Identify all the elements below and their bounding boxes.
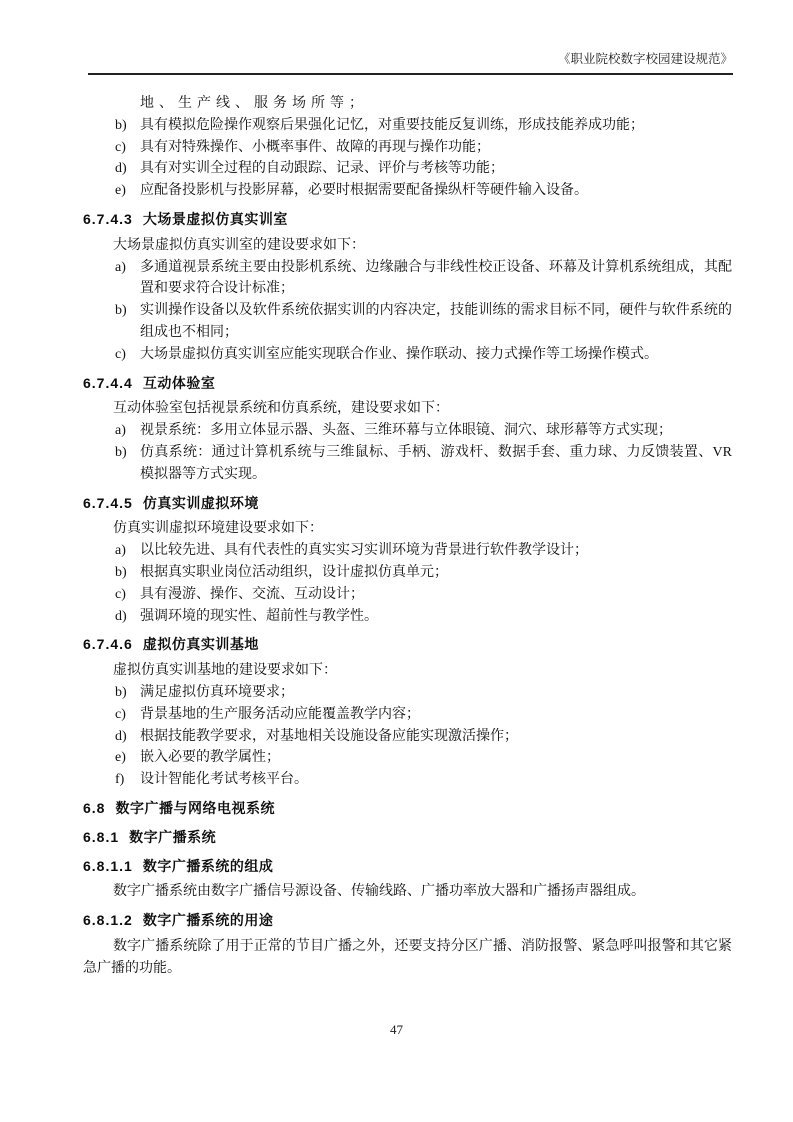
list-item: b) 满足虚拟仿真环境要求； xyxy=(83,682,732,704)
list-item-text: 嵌入必要的教学属性； xyxy=(140,747,732,769)
heading-number: 6.7.4.3 xyxy=(83,211,133,227)
list-item-text: 多通道视景系统主要由投影机系统、边缘融合与非线性校正设备、环幕及计算机系统组成，… xyxy=(140,257,732,301)
heading-title: 数字广播系统 xyxy=(129,829,216,845)
heading-number: 6.8.1.1 xyxy=(83,858,133,874)
heading-number: 6.7.4.5 xyxy=(83,495,133,511)
list-item: f) 设计智能化考试考核平台。 xyxy=(83,769,732,791)
section-heading-6-7-4-6: 6.7.4.6虚拟仿真实训基地 xyxy=(83,634,732,656)
list-item-text: 仿真系统：通过计算机系统与三维鼠标、手柄、游戏杆、数据手套、重力球、力反馈装置、… xyxy=(140,442,732,486)
list-item-text: 具有对实训全过程的自动跟踪、记录、评价与考核等功能； xyxy=(140,158,732,180)
heading-number: 6.8.1 xyxy=(83,829,119,845)
list-item-marker: b) xyxy=(115,300,140,344)
list-item: d) 具有对实训全过程的自动跟踪、记录、评价与考核等功能； xyxy=(83,158,732,180)
list-item: e) 应配备投影机与投影屏幕，必要时根据需要配备操纵杆等硬件输入设备。 xyxy=(83,180,732,202)
list-item-marker: c) xyxy=(115,704,140,726)
list-item-marker: a) xyxy=(115,540,140,562)
list-item: b) 具有模拟危险操作观察后果强化记忆，对重要技能反复训练，形成技能养成功能； xyxy=(83,115,732,137)
list-item-marker: b) xyxy=(115,562,140,584)
heading-title: 互动体验室 xyxy=(143,375,216,391)
list-item-text: 背景基地的生产服务活动应能覆盖教学内容； xyxy=(140,704,732,726)
section-heading-6-7-4-4: 6.7.4.4互动体验室 xyxy=(83,373,732,395)
page-number: 47 xyxy=(390,1022,403,1037)
list-item: a) 视景系统：多用立体显示器、头盔、三维环幕与立体眼镜、洞穴、球形幕等方式实现… xyxy=(83,420,732,442)
document-page: 《职业院校数字校园建设规范》 地、生产线、服务场所等； b) 具有模拟危险操作观… xyxy=(0,0,793,1122)
list-item-text: 具有对特殊操作、小概率事件、故障的再现与操作功能； xyxy=(140,137,732,159)
heading-number: 6.8 xyxy=(83,800,105,816)
list-item: d) 根据技能教学要求，对基地相关设施设备应能实现激活操作； xyxy=(83,726,732,748)
list-item: c) 具有对特殊操作、小概率事件、故障的再现与操作功能； xyxy=(83,137,732,159)
list-item-marker: a) xyxy=(115,257,140,301)
heading-title: 仿真实训虚拟环境 xyxy=(143,495,259,511)
section-intro: 虚拟仿真实训基地的建设要求如下： xyxy=(83,660,732,682)
list-item-marker: c) xyxy=(115,344,140,366)
heading-title: 数字广播系统的用途 xyxy=(143,912,274,928)
list-item-text: 实训操作设备以及软件系统依据实训的内容决定，技能训练的需求目标不同，硬件与软件系… xyxy=(140,300,732,344)
section-heading-6-8: 6.8数字广播与网络电视系统 xyxy=(83,798,732,820)
list-item-marker: d) xyxy=(115,606,140,628)
heading-title: 数字广播与网络电视系统 xyxy=(115,800,275,816)
list-item-continuation: 地、生产线、服务场所等； xyxy=(83,93,732,115)
list-item: b) 仿真系统：通过计算机系统与三维鼠标、手柄、游戏杆、数据手套、重力球、力反馈… xyxy=(83,442,732,486)
section-intro: 大场景虚拟仿真实训室的建设要求如下： xyxy=(83,235,732,257)
list-item: a) 多通道视景系统主要由投影机系统、边缘融合与非线性校正设备、环幕及计算机系统… xyxy=(83,257,732,301)
list-item-marker: e) xyxy=(115,180,140,202)
list-item-marker: b) xyxy=(115,682,140,704)
section-heading-6-8-1-1: 6.8.1.1数字广播系统的组成 xyxy=(83,856,732,878)
section-heading-6-7-4-3: 6.7.4.3大场景虚拟仿真实训室 xyxy=(83,209,732,231)
heading-title: 大场景虚拟仿真实训室 xyxy=(143,211,288,227)
list-item: c) 大场景虚拟仿真实训室应能实现联合作业、操作联动、接力式操作等工场操作模式。 xyxy=(83,344,732,366)
list-item-marker: e) xyxy=(115,747,140,769)
list-item: d) 强调环境的现实性、超前性与教学性。 xyxy=(83,606,732,628)
list-item: c) 背景基地的生产服务活动应能覆盖教学内容； xyxy=(83,704,732,726)
booklet-title: 《职业院校数字校园建设规范》 xyxy=(558,52,733,66)
list-item: c) 具有漫游、操作、交流、互动设计； xyxy=(83,584,732,606)
body-paragraph: 数字广播系统由数字广播信号源设备、传输线路、广播功率放大器和广播扬声器组成。 xyxy=(83,881,732,903)
list-item-marker: c) xyxy=(115,584,140,606)
list-item-text: 强调环境的现实性、超前性与教学性。 xyxy=(140,606,732,628)
section-heading-6-8-1: 6.8.1数字广播系统 xyxy=(83,827,732,849)
list-item-text: 具有模拟危险操作观察后果强化记忆，对重要技能反复训练，形成技能养成功能； xyxy=(140,115,732,137)
heading-number: 6.7.4.6 xyxy=(83,636,133,652)
body-paragraph: 数字广播系统除了用于正常的节目广播之外，还要支持分区广播、消防报警、紧急呼叫报警… xyxy=(83,936,732,980)
list-item-marker: f) xyxy=(115,769,140,791)
list-item-text: 根据真实职业岗位活动组织，设计虚拟仿真单元； xyxy=(140,562,732,584)
page-footer: 47 xyxy=(0,1022,793,1038)
list-item-marker: c) xyxy=(115,137,140,159)
list-item-text: 大场景虚拟仿真实训室应能实现联合作业、操作联动、接力式操作等工场操作模式。 xyxy=(140,344,732,366)
running-header: 《职业院校数字校园建设规范》 xyxy=(88,52,733,75)
section-heading-6-7-4-5: 6.7.4.5仿真实训虚拟环境 xyxy=(83,493,732,515)
list-item-text: 根据技能教学要求，对基地相关设施设备应能实现激活操作； xyxy=(140,726,732,748)
section-intro: 互动体验室包括视景系统和仿真系统，建设要求如下： xyxy=(83,398,732,420)
list-item-text: 以比较先进、具有代表性的真实实习实训环境为背景进行软件教学设计； xyxy=(140,540,732,562)
list-item: b) 实训操作设备以及软件系统依据实训的内容决定，技能训练的需求目标不同，硬件与… xyxy=(83,300,732,344)
list-item-marker: a) xyxy=(115,420,140,442)
list-item-marker: d) xyxy=(115,726,140,748)
list-item: e) 嵌入必要的教学属性； xyxy=(83,747,732,769)
heading-number: 6.7.4.4 xyxy=(83,375,133,391)
heading-number: 6.8.1.2 xyxy=(83,912,133,928)
list-item-marker: d) xyxy=(115,158,140,180)
list-item-text: 满足虚拟仿真环境要求； xyxy=(140,682,732,704)
list-item-text: 视景系统：多用立体显示器、头盔、三维环幕与立体眼镜、洞穴、球形幕等方式实现； xyxy=(140,420,732,442)
section-heading-6-8-1-2: 6.8.1.2数字广播系统的用途 xyxy=(83,910,732,932)
section-intro: 仿真实训虚拟环境建设要求如下： xyxy=(83,518,732,540)
list-item: a) 以比较先进、具有代表性的真实实习实训环境为背景进行软件教学设计； xyxy=(83,540,732,562)
document-body: 地、生产线、服务场所等； b) 具有模拟危险操作观察后果强化记忆，对重要技能反复… xyxy=(83,93,732,979)
heading-title: 数字广播系统的组成 xyxy=(143,858,274,874)
list-item-text: 设计智能化考试考核平台。 xyxy=(140,769,732,791)
list-item: b) 根据真实职业岗位活动组织，设计虚拟仿真单元； xyxy=(83,562,732,584)
list-item-marker: b) xyxy=(115,115,140,137)
list-item-text: 应配备投影机与投影屏幕，必要时根据需要配备操纵杆等硬件输入设备。 xyxy=(140,180,732,202)
heading-title: 虚拟仿真实训基地 xyxy=(143,636,259,652)
list-item-marker: b) xyxy=(115,442,140,486)
list-item-text: 具有漫游、操作、交流、互动设计； xyxy=(140,584,732,606)
